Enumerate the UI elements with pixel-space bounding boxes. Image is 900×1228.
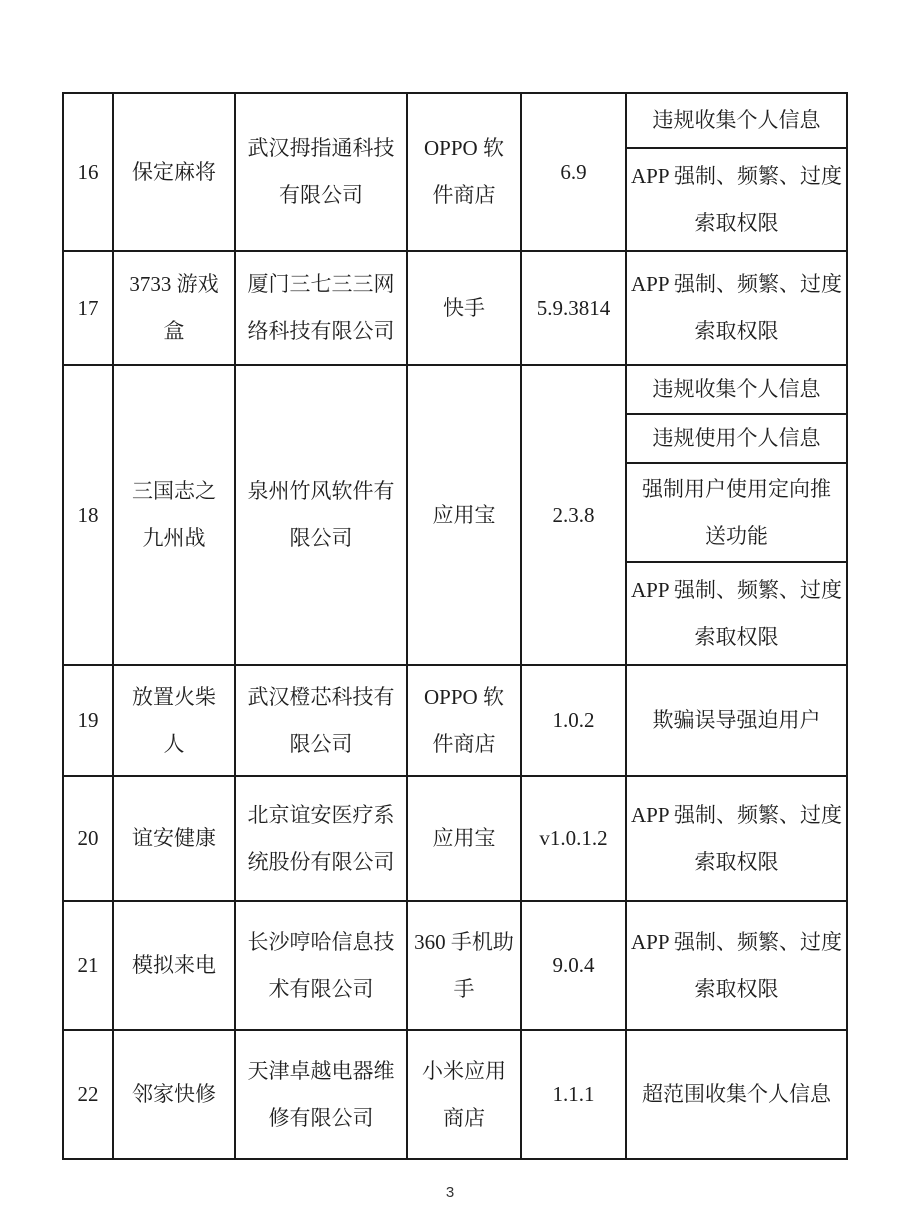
cell-app-store: 小米应用 商店	[406, 1031, 520, 1158]
cell-version: 5.9.3814	[520, 252, 625, 364]
cell-violations: APP 强制、频繁、过度 索取权限	[625, 902, 846, 1029]
cell-app-store: 360 手机助 手	[406, 902, 520, 1029]
table-row: 21 模拟来电 长沙哼哈信息技 术有限公司 360 手机助 手 9.0.4 AP…	[64, 900, 846, 1029]
violation-item: 违规收集个人信息	[627, 94, 846, 147]
cell-version: 9.0.4	[520, 902, 625, 1029]
cell-row-number: 22	[64, 1031, 112, 1158]
violation-app-table: 16 保定麻将 武汉拇指通科技 有限公司 OPPO 软 件商店 6.9 违规收集…	[62, 92, 848, 1160]
cell-app-name: 放置火柴 人	[112, 666, 234, 775]
cell-app-name: 三国志之 九州战	[112, 366, 234, 664]
table-row: 22 邻家快修 天津卓越电器维 修有限公司 小米应用 商店 1.1.1 超范围收…	[64, 1029, 846, 1158]
table-row: 16 保定麻将 武汉拇指通科技 有限公司 OPPO 软 件商店 6.9 违规收集…	[64, 94, 846, 250]
cell-app-store: OPPO 软 件商店	[406, 94, 520, 250]
cell-app-store: 快手	[406, 252, 520, 364]
cell-violations: APP 强制、频繁、过度 索取权限	[625, 777, 846, 900]
violation-item: APP 强制、频繁、过度 索取权限	[627, 147, 846, 250]
cell-company-name: 厦门三七三三网 络科技有限公司	[234, 252, 406, 364]
cell-company-name: 武汉拇指通科技 有限公司	[234, 94, 406, 250]
table-row: 18 三国志之 九州战 泉州竹风软件有 限公司 应用宝 2.3.8 违规收集个人…	[64, 364, 846, 664]
cell-row-number: 18	[64, 366, 112, 664]
cell-version: 1.0.2	[520, 666, 625, 775]
cell-row-number: 16	[64, 94, 112, 250]
table-row: 19 放置火柴 人 武汉橙芯科技有 限公司 OPPO 软 件商店 1.0.2 欺…	[64, 664, 846, 775]
cell-version: v1.0.1.2	[520, 777, 625, 900]
table-row: 20 谊安健康 北京谊安医疗系 统股份有限公司 应用宝 v1.0.1.2 APP…	[64, 775, 846, 900]
cell-app-store: OPPO 软 件商店	[406, 666, 520, 775]
cell-app-store: 应用宝	[406, 366, 520, 664]
violation-item: APP 强制、频繁、过度 索取权限	[627, 902, 846, 1029]
violation-item: APP 强制、频繁、过度 索取权限	[627, 561, 846, 664]
document-page: 16 保定麻将 武汉拇指通科技 有限公司 OPPO 软 件商店 6.9 违规收集…	[0, 0, 900, 1228]
cell-app-name: 模拟来电	[112, 902, 234, 1029]
violation-item: 超范围收集个人信息	[627, 1031, 846, 1158]
cell-version: 1.1.1	[520, 1031, 625, 1158]
violation-item: 欺骗误导强迫用户	[627, 666, 846, 775]
violation-item: 违规使用个人信息	[627, 413, 846, 462]
cell-version: 2.3.8	[520, 366, 625, 664]
cell-violations: 超范围收集个人信息	[625, 1031, 846, 1158]
cell-version: 6.9	[520, 94, 625, 250]
cell-app-name: 邻家快修	[112, 1031, 234, 1158]
violation-item: 违规收集个人信息	[627, 366, 846, 413]
cell-row-number: 19	[64, 666, 112, 775]
violation-item: APP 强制、频繁、过度 索取权限	[627, 777, 846, 900]
cell-row-number: 20	[64, 777, 112, 900]
violation-item: 强制用户使用定向推 送功能	[627, 462, 846, 561]
cell-app-name: 谊安健康	[112, 777, 234, 900]
cell-company-name: 武汉橙芯科技有 限公司	[234, 666, 406, 775]
cell-company-name: 天津卓越电器维 修有限公司	[234, 1031, 406, 1158]
cell-violations: 违规收集个人信息 违规使用个人信息 强制用户使用定向推 送功能 APP 强制、频…	[625, 366, 846, 664]
violation-item: APP 强制、频繁、过度 索取权限	[627, 252, 846, 364]
cell-app-name: 3733 游戏 盒	[112, 252, 234, 364]
cell-app-store: 应用宝	[406, 777, 520, 900]
cell-row-number: 21	[64, 902, 112, 1029]
cell-row-number: 17	[64, 252, 112, 364]
cell-violations: 违规收集个人信息 APP 强制、频繁、过度 索取权限	[625, 94, 846, 250]
table-row: 17 3733 游戏 盒 厦门三七三三网 络科技有限公司 快手 5.9.3814…	[64, 250, 846, 364]
cell-company-name: 长沙哼哈信息技 术有限公司	[234, 902, 406, 1029]
page-number: 3	[0, 1184, 900, 1201]
cell-violations: APP 强制、频繁、过度 索取权限	[625, 252, 846, 364]
cell-violations: 欺骗误导强迫用户	[625, 666, 846, 775]
cell-app-name: 保定麻将	[112, 94, 234, 250]
cell-company-name: 泉州竹风软件有 限公司	[234, 366, 406, 664]
cell-company-name: 北京谊安医疗系 统股份有限公司	[234, 777, 406, 900]
